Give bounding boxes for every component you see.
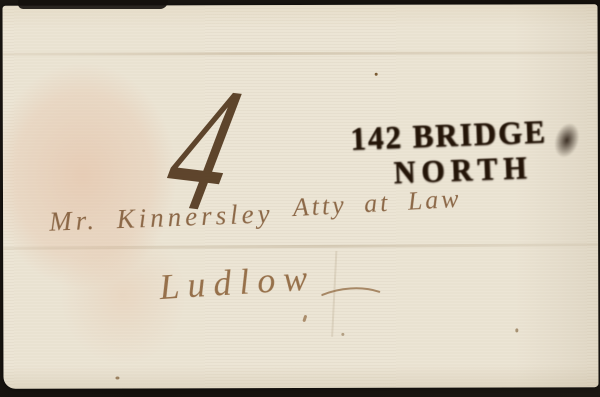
pen-flourish: [321, 285, 383, 301]
bridgnorth-mileage-postmark: 142 BRIDGE NORTH: [350, 114, 549, 192]
postal-cover-photo: 142 BRIDGE NORTH 4 Mr. KinnersleyAtty at…: [0, 0, 600, 397]
backdrop-edge: [18, 0, 168, 9]
ink-speck: [115, 376, 119, 379]
letter-sheet: 142 BRIDGE NORTH 4 Mr. KinnersleyAtty at…: [2, 4, 598, 389]
ink-speck: [341, 333, 344, 336]
ink-speck: [515, 328, 518, 332]
ink-speck: [375, 73, 378, 76]
